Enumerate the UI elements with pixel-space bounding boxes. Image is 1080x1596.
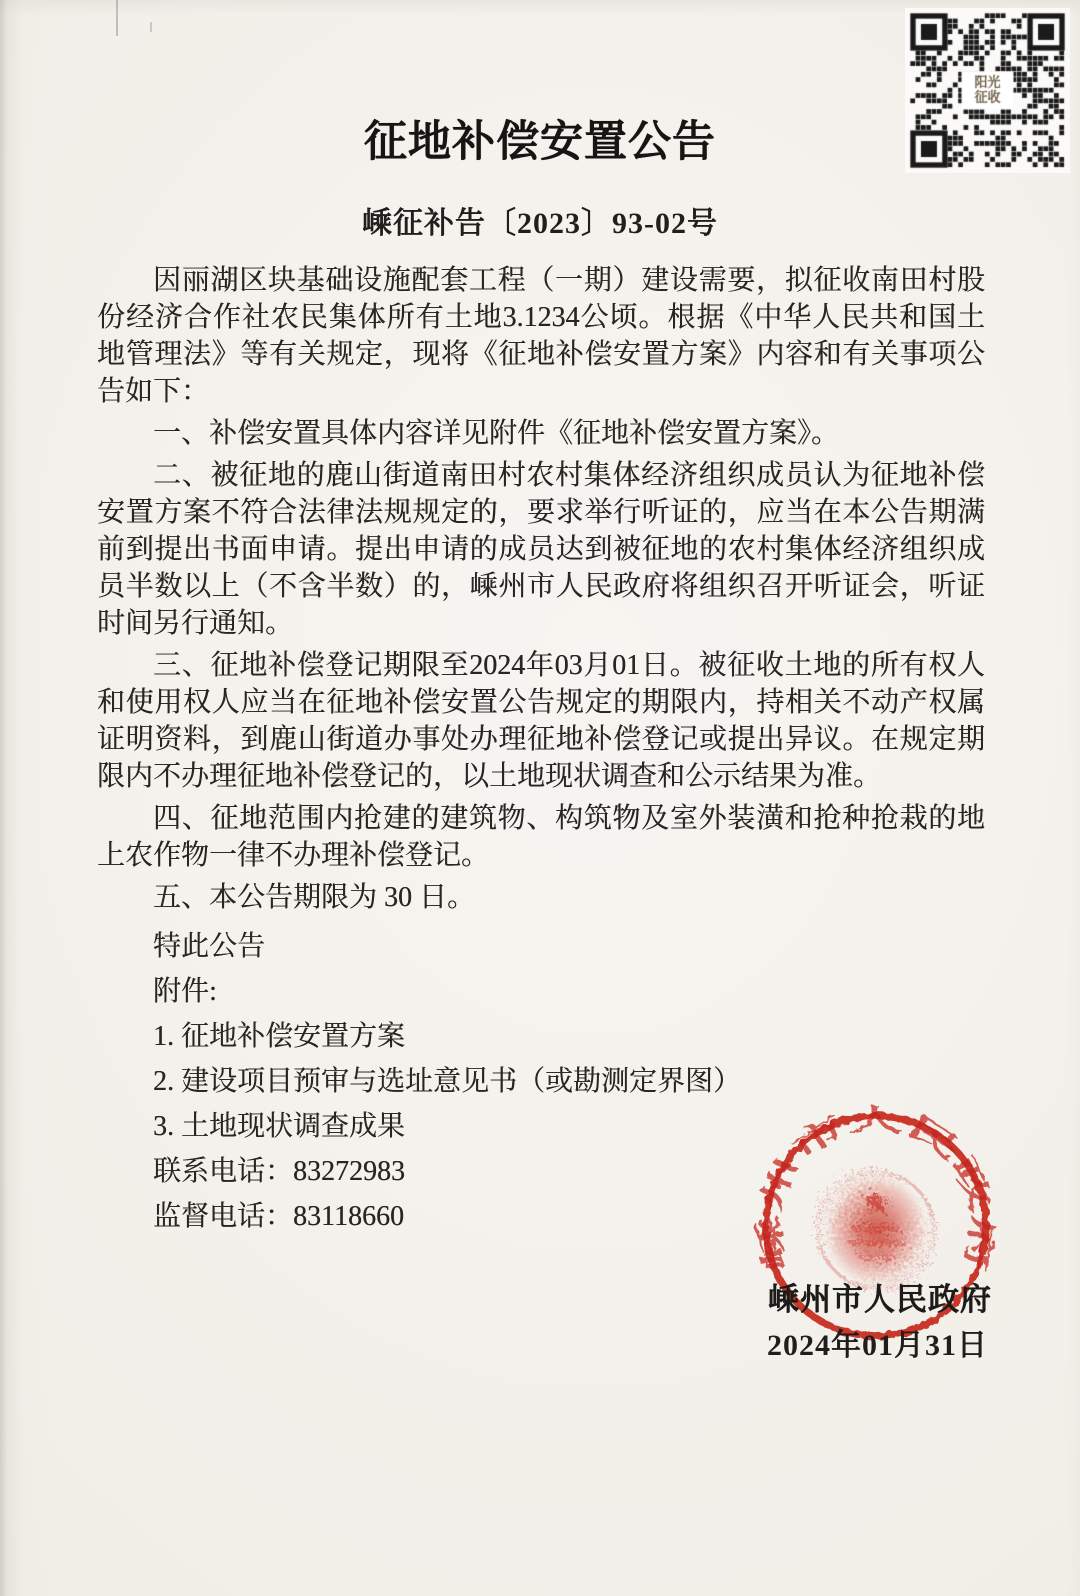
document-body: 因丽湖区块基础设施配套工程（一期）建设需要，拟征收南田村股份经济合作社农民集体所…: [97, 262, 985, 1239]
intro-paragraph: 因丽湖区块基础设施配套工程（一期）建设需要，拟征收南田村股份经济合作社农民集体所…: [97, 262, 985, 410]
page-title: 征地补偿安置公告: [0, 108, 1080, 169]
national-emblem-icon: [818, 1172, 934, 1288]
announcement-item-4: 四、征地范围内抢建的建筑物、构筑物及室外装潢和抢种抢栽的地上农作物一律不办理补偿…: [97, 800, 985, 874]
announcement-item-2: 二、被征地的鹿山街道南田村农村集体经济组织成员认为征地补偿安置方案不符合法律法规…: [97, 457, 985, 642]
closing-statement: 特此公告: [97, 924, 985, 969]
attachments-label: 附件:: [97, 969, 985, 1014]
scanned-announcement-page: 征地补偿安置公告 嵊征补告〔2023〕93-02号 因丽湖区块基础设施配套工程（…: [0, 0, 1080, 1596]
announcement-item-5: 五、本公告期限为 30 日。: [97, 879, 985, 916]
doc-number: 嵊征补告〔2023〕93-02号: [0, 198, 1080, 242]
signature-authority: 嵊州市人民政府: [768, 1274, 992, 1319]
signature-date: 2024年01月31日: [767, 1320, 988, 1364]
scan-artifact-line: [116, 0, 118, 36]
attachment-item-1: 1. 征地补偿安置方案: [97, 1014, 985, 1059]
announcement-item-1: 一、补偿安置具体内容详见附件《征地补偿安置方案》。: [97, 415, 985, 452]
announcement-item-3: 三、征地补偿登记期限至2024年03月01日。被征收土地的所有权人和使用权人应当…: [97, 647, 985, 795]
scan-artifact-tick: [150, 22, 152, 32]
attachment-item-2: 2. 建设项目预审与选址意见书（或勘测定界图）: [97, 1059, 985, 1104]
